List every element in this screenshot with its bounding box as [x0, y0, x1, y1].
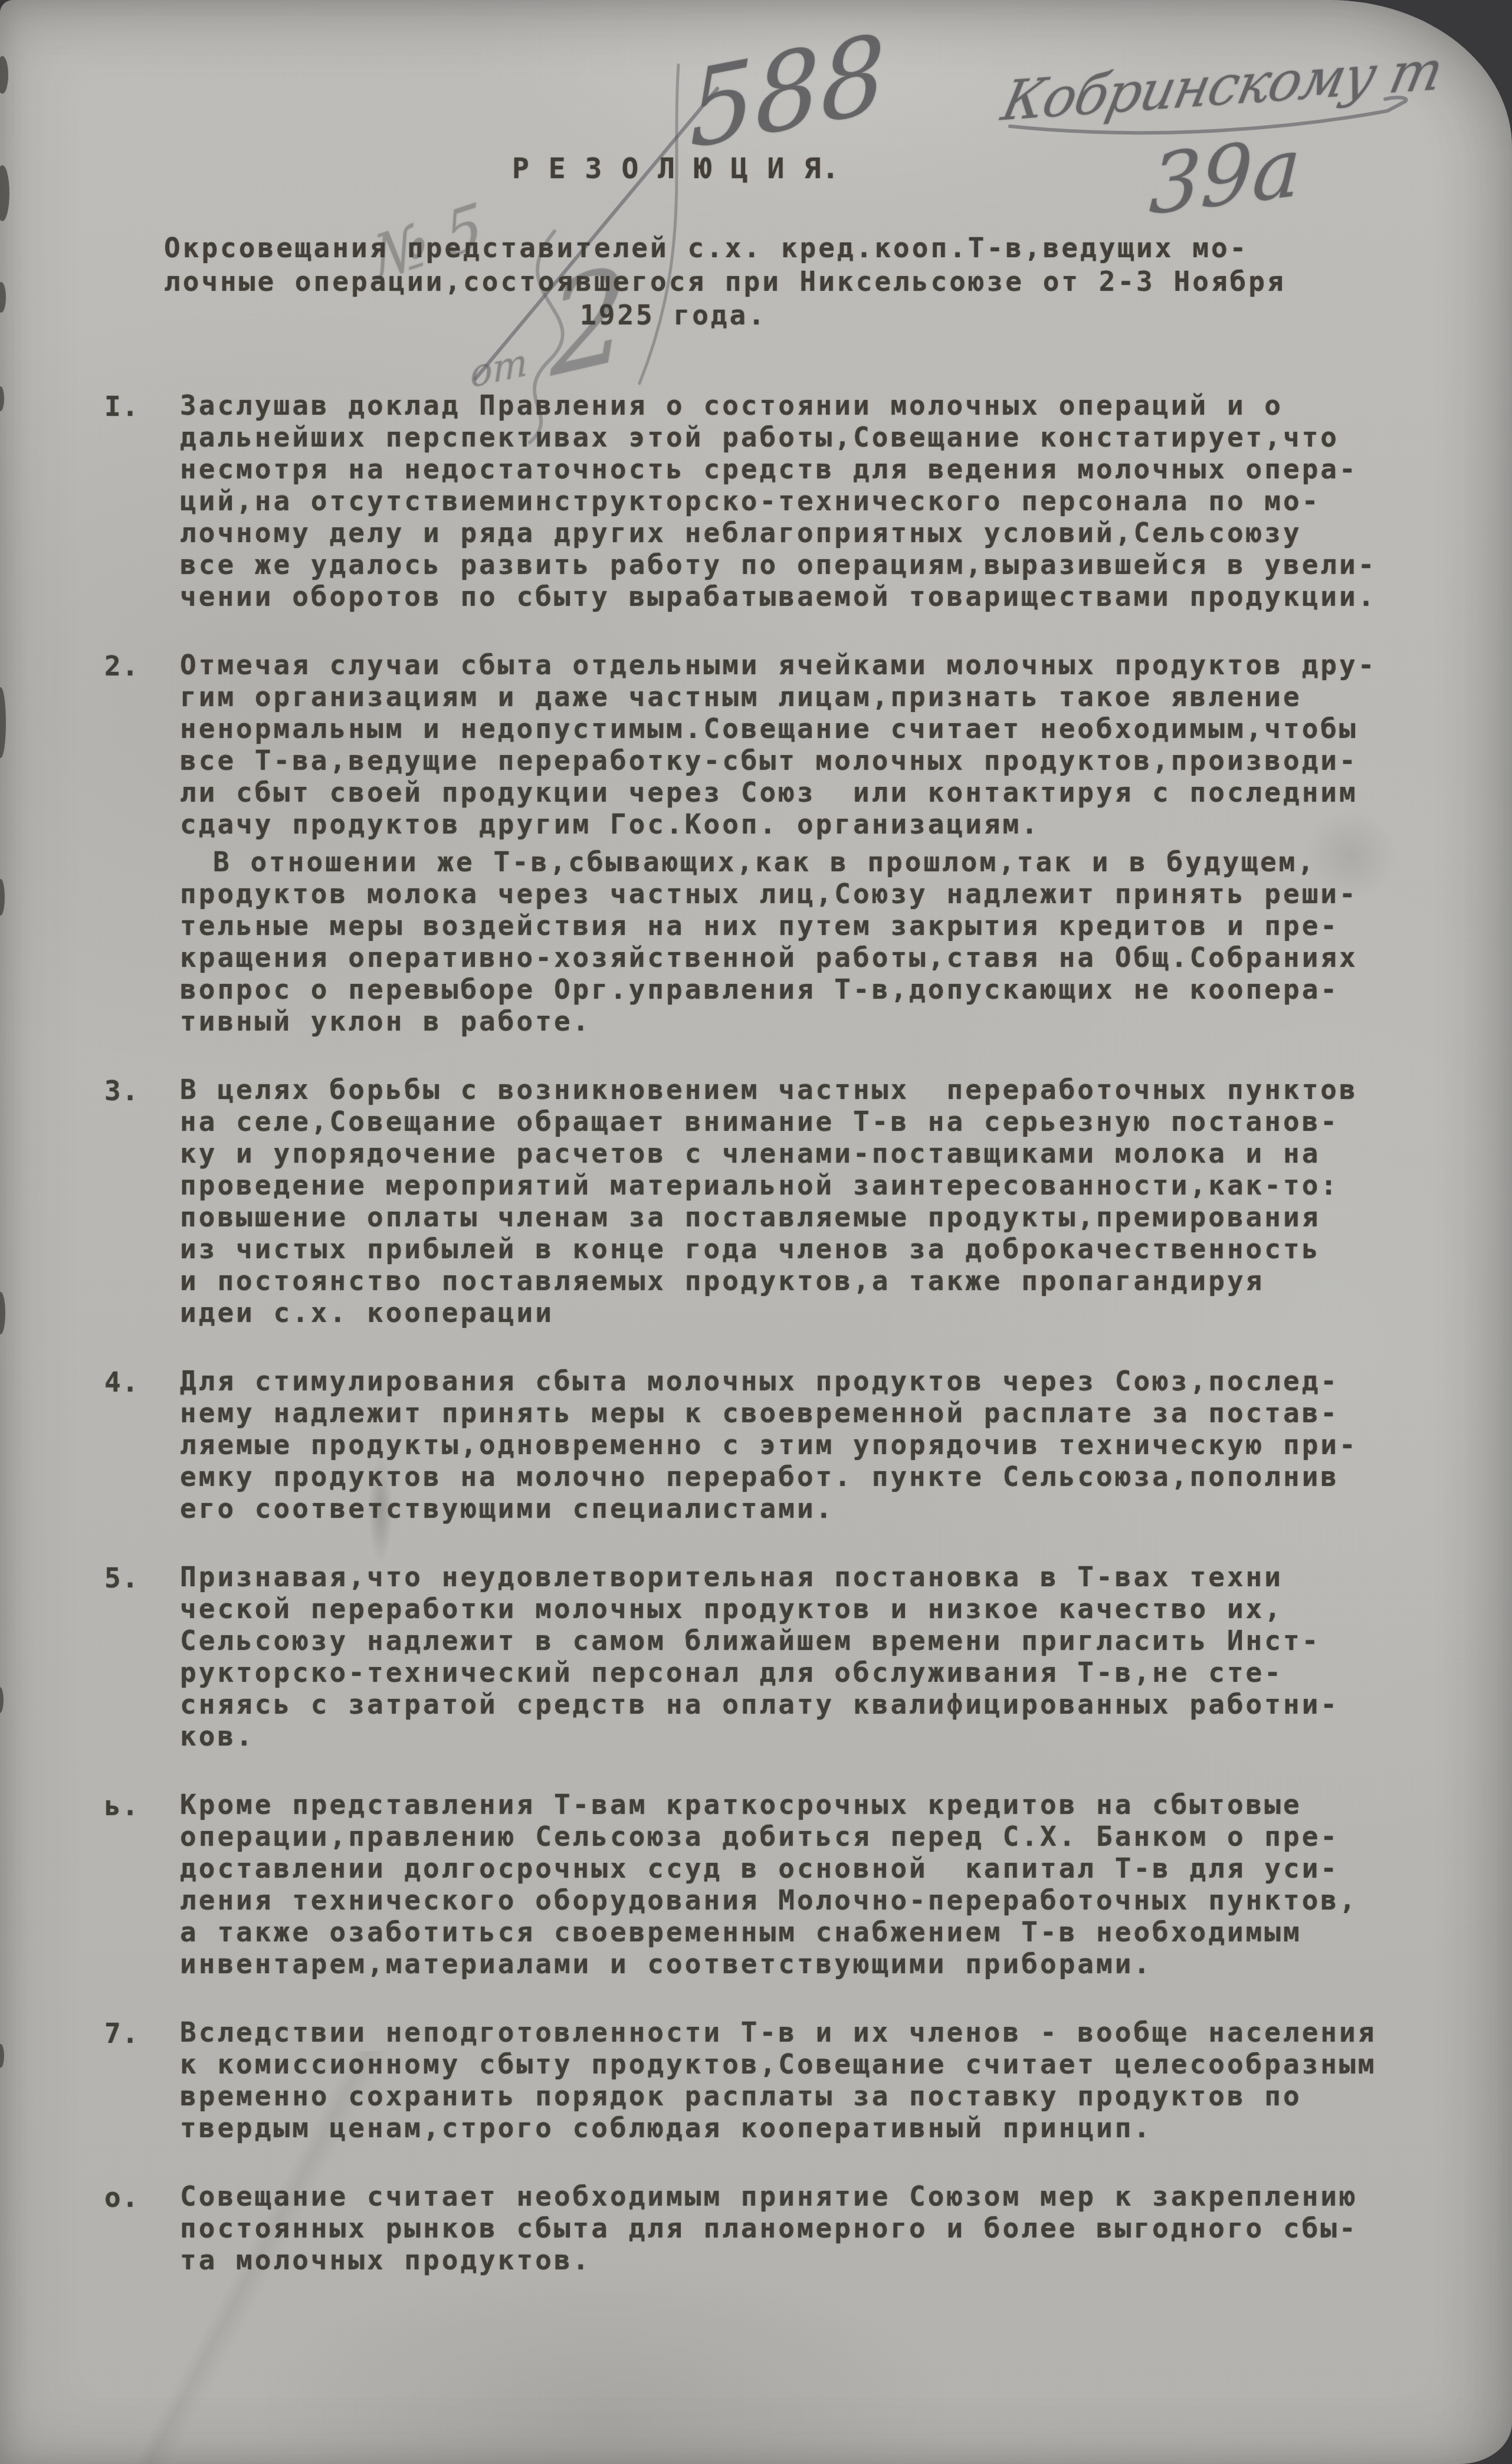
handwritten-addressee: Кобринскому т — [996, 38, 1448, 133]
subtitle-line: Окрсовещания представителей с.х. кред.ко… — [164, 231, 1286, 265]
handwritten-scribble-ot: от — [470, 340, 529, 397]
paper-sheet: 588 Кобринскому т 39а № 5 2 от Р Е З О Л… — [0, 0, 1512, 2464]
typed-line: проведение мероприятий материальной заин… — [180, 1169, 1442, 1201]
resolution-item: 5.Признавая,что неудовлетворительная пос… — [180, 1561, 1442, 1752]
typed-line: та молочных продуктов. — [180, 2244, 1442, 2276]
item-paragraph: Отмечая случаи сбыта отдельными ячейками… — [180, 649, 1442, 840]
item-paragraph: Признавая,что неудовлетворительная поста… — [180, 1561, 1442, 1752]
item-number: 3. — [104, 1075, 139, 1107]
item-text: Признавая,что неудовлетворительная поста… — [180, 1561, 1442, 1752]
item-paragraph: Заслушав доклад Правления о состоянии мо… — [180, 389, 1442, 612]
item-number: I. — [104, 391, 139, 422]
document-title: Р Е З О Л Ю Ц И Я. — [512, 152, 840, 185]
typed-line: ку и упорядочение расчетов с членами-пос… — [180, 1137, 1442, 1169]
typed-line: постоянных рынков сбыта для планомерного… — [180, 2212, 1442, 2244]
item-number: 2. — [104, 650, 139, 682]
item-text: Отмечая случаи сбыта отдельными ячейками… — [180, 649, 1442, 1037]
typed-line: повышение оплаты членам за поставляемые … — [180, 1201, 1442, 1233]
document-subtitle: Окрсовещания представителей с.х. кред.ко… — [164, 231, 1286, 332]
typed-line: В отношении же Т-в,сбывающих,как в прошл… — [180, 846, 1442, 878]
scan-edge-tear — [0, 1687, 4, 1713]
scan-edge-tear — [0, 165, 9, 221]
item-paragraph: Вследствии неподготовленности Т-в и их ч… — [180, 2016, 1442, 2144]
typed-line: нему надлежит принять меры к своевременн… — [180, 1397, 1442, 1429]
item-number: 5. — [104, 1562, 139, 1594]
resolution-item: о.Совещание считает необходимым принятие… — [180, 2180, 1442, 2276]
scan-edge-tear — [0, 2044, 4, 2068]
typed-line: Сельсоюзу надлежит в самом ближайшем вре… — [180, 1625, 1442, 1656]
typed-line: и постоянство поставляемых продуктов,а т… — [180, 1265, 1442, 1297]
typed-line: все Т-ва,ведущие переработку-сбыт молочн… — [180, 744, 1442, 776]
typed-line: инвентарем,материалами и соответствующим… — [180, 1948, 1442, 1980]
handwritten-page-number: 39а — [1147, 119, 1304, 234]
resolution-item: I.Заслушав доклад Правления о состоянии … — [180, 389, 1442, 612]
item-number: 4. — [104, 1366, 139, 1398]
scan-edge-tear — [0, 687, 6, 758]
typed-line: а также озаботиться своевременным снабже… — [180, 1916, 1442, 1948]
subtitle-line-year: 1925 года. — [580, 298, 1286, 332]
scan-edge-tear — [0, 56, 8, 94]
typed-line: ческой переработки молочных продуктов и … — [180, 1593, 1442, 1625]
typed-line: на селе,Совещание обращает внимание Т-в … — [180, 1105, 1442, 1137]
typed-line: ненормальным и недопустимым.Совещание сч… — [180, 713, 1442, 744]
typed-line: ков. — [180, 1720, 1442, 1752]
typed-line: Отмечая случаи сбыта отдельными ячейками… — [180, 649, 1442, 681]
typed-line: ления технического оборудования Молочно-… — [180, 1884, 1442, 1916]
typed-line: несмотря на недостаточность средств для … — [180, 453, 1442, 485]
typed-line: Вследствии неподготовленности Т-в и их ч… — [180, 2016, 1442, 2048]
handwritten-number-588: 588 — [688, 11, 887, 173]
typed-line: лочному делу и ряда других неблагоприятн… — [180, 517, 1442, 549]
subtitle-line: лочные операции,состоявшегося при Никсел… — [164, 265, 1286, 298]
typed-line: кращения оперативно-хозяйственной работы… — [180, 941, 1442, 973]
typed-line: операции,правлению Сельсоюза добиться пе… — [180, 1820, 1442, 1852]
item-paragraph: Совещание считает необходимым принятие С… — [180, 2180, 1442, 2276]
typed-line: Совещание считает необходимым принятие С… — [180, 2180, 1442, 2212]
resolution-item: ь.Кроме представления Т-вам краткосрочны… — [180, 1789, 1442, 1980]
resolution-item: 4.Для стимулирования сбыта молочных прод… — [180, 1365, 1442, 1524]
typed-line: ляемые продукты,одновременно с этим упор… — [180, 1429, 1442, 1461]
typed-line: тивный уклон в работе. — [180, 1005, 1442, 1037]
item-text: Вследствии неподготовленности Т-в и их ч… — [180, 2016, 1442, 2144]
item-paragraph: Кроме представления Т-вам краткосрочных … — [180, 1789, 1442, 1980]
typed-line: к комиссионному сбыту продуктов,Совещани… — [180, 2048, 1442, 2080]
typed-line: сдачу продуктов другим Гос.Кооп. организ… — [180, 808, 1442, 840]
pencil-vertical-stroke — [639, 65, 678, 383]
resolution-item: 2.Отмечая случаи сбыта отдельными ячейка… — [180, 649, 1442, 1037]
item-paragraph: В целях борьбы с возникновением частных … — [180, 1074, 1442, 1328]
scan-edge-tear — [0, 879, 5, 916]
resolution-items: I.Заслушав доклад Правления о состоянии … — [180, 389, 1442, 2312]
typed-line: все же удалось развить работу по операци… — [180, 549, 1442, 580]
item-text: Для стимулирования сбыта молочных продук… — [180, 1365, 1442, 1524]
typed-line: чении оборотов по сбыту вырабатываемой т… — [180, 580, 1442, 612]
typed-line: идеи с.х. кооперации — [180, 1297, 1442, 1328]
typed-line: тельные меры воздействия на них путем за… — [180, 910, 1442, 941]
typed-line: ли сбыт своей продукции через Союз или к… — [180, 776, 1442, 808]
item-paragraph: Для стимулирования сбыта молочных продук… — [180, 1365, 1442, 1524]
typed-line: вопрос о перевыборе Орг.управления Т-в,д… — [180, 973, 1442, 1005]
resolution-item: 7.Вследствии неподготовленности Т-в и их… — [180, 2016, 1442, 2144]
typed-line: емку продуктов на молочно переработ. пун… — [180, 1461, 1442, 1492]
typed-line: временно сохранить порядок расплаты за п… — [180, 2080, 1442, 2112]
item-number: ь. — [104, 1790, 139, 1822]
typed-line: Признавая,что неудовлетворительная поста… — [180, 1561, 1442, 1593]
typed-line: сняясь с затратой средств на оплату квал… — [180, 1688, 1442, 1720]
typed-line: Кроме представления Т-вам краткосрочных … — [180, 1789, 1442, 1820]
item-number: о. — [104, 2181, 139, 2213]
item-text: Заслушав доклад Правления о состоянии мо… — [180, 389, 1442, 612]
typed-line: гим организациям и даже частным лицам,пр… — [180, 681, 1442, 713]
scan-edge-tear — [0, 282, 6, 313]
scanned-document-page: { "document": { "annotations": { "number… — [0, 0, 1512, 2464]
typed-line: рукторско-технический персонал для обслу… — [180, 1656, 1442, 1688]
typed-line: дальнейших перспективах этой работы,Сове… — [180, 421, 1442, 453]
item-text: Кроме представления Т-вам краткосрочных … — [180, 1789, 1442, 1980]
typed-line: доставлении долгосрочных ссуд в основной… — [180, 1852, 1442, 1884]
resolution-item: 3.В целях борьбы с возникновением частны… — [180, 1074, 1442, 1328]
typed-line: ций,на отсутствиеминструкторско-техничес… — [180, 485, 1442, 517]
item-number: 7. — [104, 2017, 139, 2049]
typed-line: его соответствующими специалистами. — [180, 1492, 1442, 1524]
item-paragraph: В отношении же Т-в,сбывающих,как в прошл… — [180, 846, 1442, 1037]
typed-line: из чистых прибылей в конце года членов з… — [180, 1233, 1442, 1265]
typed-line: продуктов молока через частных лиц,Союзу… — [180, 878, 1442, 910]
typed-line: Для стимулирования сбыта молочных продук… — [180, 1365, 1442, 1397]
scan-edge-tear — [0, 386, 4, 411]
typed-line: твердым ценам,строго соблюдая кооператив… — [180, 2112, 1442, 2144]
typed-line: В целях борьбы с возникновением частных … — [180, 1074, 1442, 1105]
item-text: Совещание считает необходимым принятие С… — [180, 2180, 1442, 2276]
scan-edge-tear — [0, 1292, 5, 1334]
item-text: В целях борьбы с возникновением частных … — [180, 1074, 1442, 1328]
typed-line: Заслушав доклад Правления о состоянии мо… — [180, 389, 1442, 421]
